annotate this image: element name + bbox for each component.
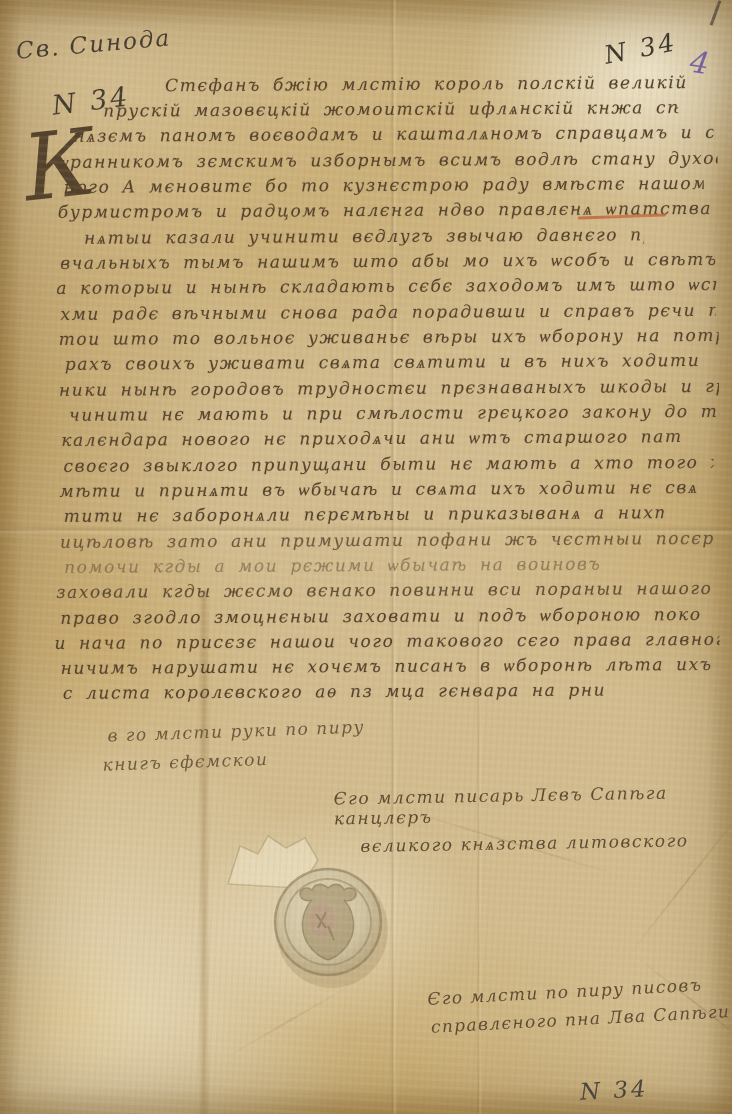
- manuscript-line: ицѣловѣ зато ани примушати пофани жъ чєс…: [60, 528, 715, 554]
- manuscript-line: калєндара нового нє приходѧчи ани ѡтъ ст…: [61, 426, 681, 452]
- manuscript-line: помочи кгды а мои рєжими ѡбычаѣ на воино…: [64, 553, 704, 579]
- manuscript-line: рахъ своихъ уживати свѧта свѧтити и въ н…: [65, 350, 705, 376]
- signature-line: Єго млсти писарь Лєвъ Сапѣга канцлєръ: [333, 783, 732, 830]
- manuscript-line: и нача по присєзє нашои чого такового сє…: [54, 629, 719, 655]
- manuscript-line: хми радє вѣчными снова рада порадивши и …: [60, 300, 715, 326]
- manuscript-line: ники нынѣ городовъ трудностєи прєзнаваны…: [59, 376, 719, 402]
- manuscript-line: тити нє заборонѧли пєрємѣны и приказыван…: [64, 502, 664, 528]
- manuscript-line: а которыи и нынѣ складають сєбє заходомъ…: [56, 274, 716, 300]
- manuscript-line: вчальныхъ тымъ нашимъ што абы мо ихъ ѡсо…: [60, 249, 715, 275]
- manuscript-line: чинити нє мають и при смѣлости грєцкого …: [69, 401, 719, 427]
- manuscript-line: заховали кгды жєсмо вєнако повинни вси п…: [56, 578, 716, 604]
- manuscript-line: ѡранникомъ зємскимъ изборнымъ всимъ водл…: [58, 148, 718, 174]
- manuscript-line: тои што то вольноє уживаньє вѣры ихъ ѡбо…: [59, 325, 719, 351]
- manuscript-line: нѧзємъ паномъ воєводамъ и кашталѧномъ сп…: [73, 122, 713, 148]
- manuscript-line: мѣти и принѧти въ ѡбычаѣ и свѧта ихъ ход…: [60, 477, 700, 503]
- manuscript-line: право згодло змоцнєныи заховати и подъ ѡ…: [60, 604, 715, 630]
- manuscript-photo: Св. Синода N 34 N 34 4 N 34 К Стєфанъ бж…: [0, 0, 732, 1114]
- royal-subscription: в го млсти руки по пиру книгъ єфємскои: [107, 718, 366, 776]
- manuscript-line: нѧтыи казали учинити вєдлугъ звычаю давн…: [84, 224, 644, 249]
- chancellor-signature: Єго млсти писарь Лєвъ Сапѣга канцлєръ вє…: [333, 783, 732, 858]
- manuscript-line: прускій мазовєцкій жомоитскій ифлѧнскій …: [103, 97, 678, 123]
- manuscript-line: ничимъ нарушати нє хочємъ писанъ в ѡборо…: [61, 654, 721, 680]
- manuscript-line: ного А мєновитє бо то кузнєстрою раду вм…: [64, 173, 704, 199]
- manuscript-line: бурмистромъ и радцомъ налєнга ндво правл…: [58, 198, 718, 224]
- manuscript-line: с листа королєвского аѳ пз мца гєнвара н…: [63, 679, 643, 705]
- manuscript-line: своєго звыклого припущани быти нє мають …: [63, 452, 713, 478]
- wax-seal-eagle-icon: [262, 852, 398, 998]
- manuscript-line: Стєфанъ бжію млстію король полскій велик…: [165, 72, 690, 97]
